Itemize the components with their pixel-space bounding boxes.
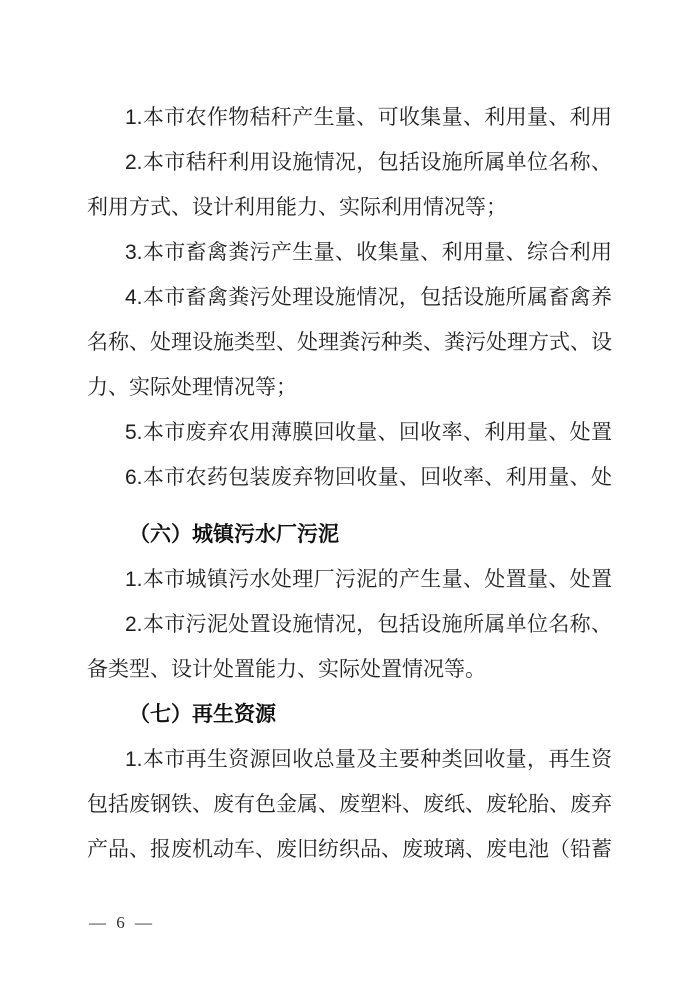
paragraph-line: 备类型、设计处置能力、实际处置情况等。 (87, 647, 612, 692)
paragraph-line: 包括废钢铁、废有色金属、废塑料、废纸、废轮胎、废弃电器电子 (87, 782, 612, 827)
paragraph-line: 2.本市秸秆利用设施情况，包括设施所属单位名称、设施类型、 (87, 140, 612, 185)
paragraph-line: 1.本市再生资源回收总量及主要种类回收量，再生资源主要种类 (87, 737, 612, 782)
paragraph-line: 产品、报废机动车、废旧纺织品、废玻璃、废电池（铅蓄电池除外） (87, 827, 612, 872)
paragraph-line: 5.本市废弃农用薄膜回收量、回收率、利用量、处置量等信息； (87, 410, 612, 455)
section-heading-7: （七）再生资源 (87, 692, 612, 737)
document-page: 1.本市农作物秸秆产生量、可收集量、利用量、利用率等信息； 2.本市秸秆利用设施… (0, 0, 700, 990)
page-number: — 6 — (89, 908, 152, 938)
paragraph-line: 1.本市城镇污水处理厂污泥的产生量、处置量、处置率等信息； (87, 557, 612, 602)
paragraph-line: 3.本市畜禽粪污产生量、收集量、利用量、综合利用率等信息； (87, 230, 612, 275)
paragraph-line: 名称、处理设施类型、处理粪污种类、粪污处理方式、设计处理能 (87, 320, 612, 365)
paragraph-line: 6.本市农药包装废弃物回收量、回收率、利用量、处置量等信息。 (87, 455, 612, 500)
paragraph-line: 1.本市农作物秸秆产生量、可收集量、利用量、利用率等信息； (87, 95, 612, 140)
paragraph-line: 利用方式、设计利用能力、实际利用情况等； (87, 185, 612, 230)
paragraph-line: 4.本市畜禽粪污处理设施情况，包括设施所属畜禽养殖场（户） (87, 275, 612, 320)
paragraph-line: 力、实际处理情况等； (87, 365, 612, 410)
paragraph-line: 2.本市污泥处置设施情况，包括设施所属单位名称、处置设施设 (87, 602, 612, 647)
document-body: 1.本市农作物秸秆产生量、可收集量、利用量、利用率等信息； 2.本市秸秆利用设施… (87, 95, 612, 872)
section-heading-6: （六）城镇污水厂污泥 (87, 512, 612, 557)
